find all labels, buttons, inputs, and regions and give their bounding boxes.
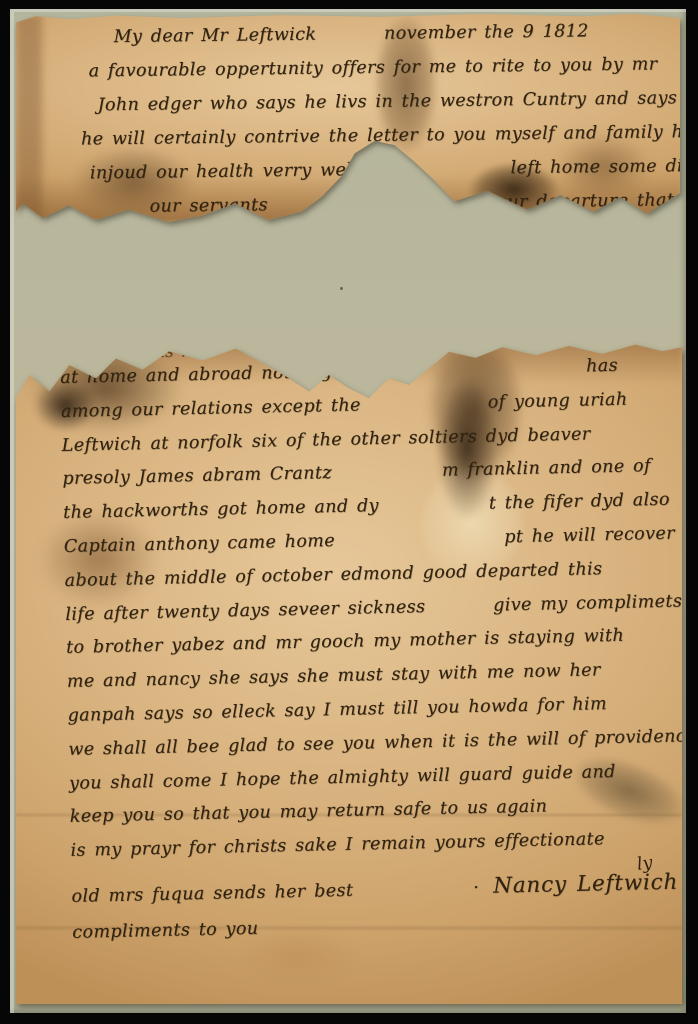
closing-dot: · [473,878,479,898]
letter-fragment-bottom: ans ve at home and abroad nothing has am… [16,342,682,1004]
mat-speck [340,287,343,290]
ly-suffix: ly [635,853,653,875]
stain [16,14,42,222]
signature: Nancy Leftwich [493,870,678,899]
letter-text-top: My dear Mr Leftwick november the 9 1812 … [63,20,675,231]
letter-fragment-top: My dear Mr Leftwick november the 9 1812 … [16,14,680,222]
letter-text-bottom: at home and abroad nothing has among our… [60,355,691,957]
scanned-letter: My dear Mr Leftwick november the 9 1812 … [0,0,698,1024]
torn-fragment-line: ans ve [144,342,199,363]
closing-text: old mrs fuqua sends her best [71,881,353,907]
